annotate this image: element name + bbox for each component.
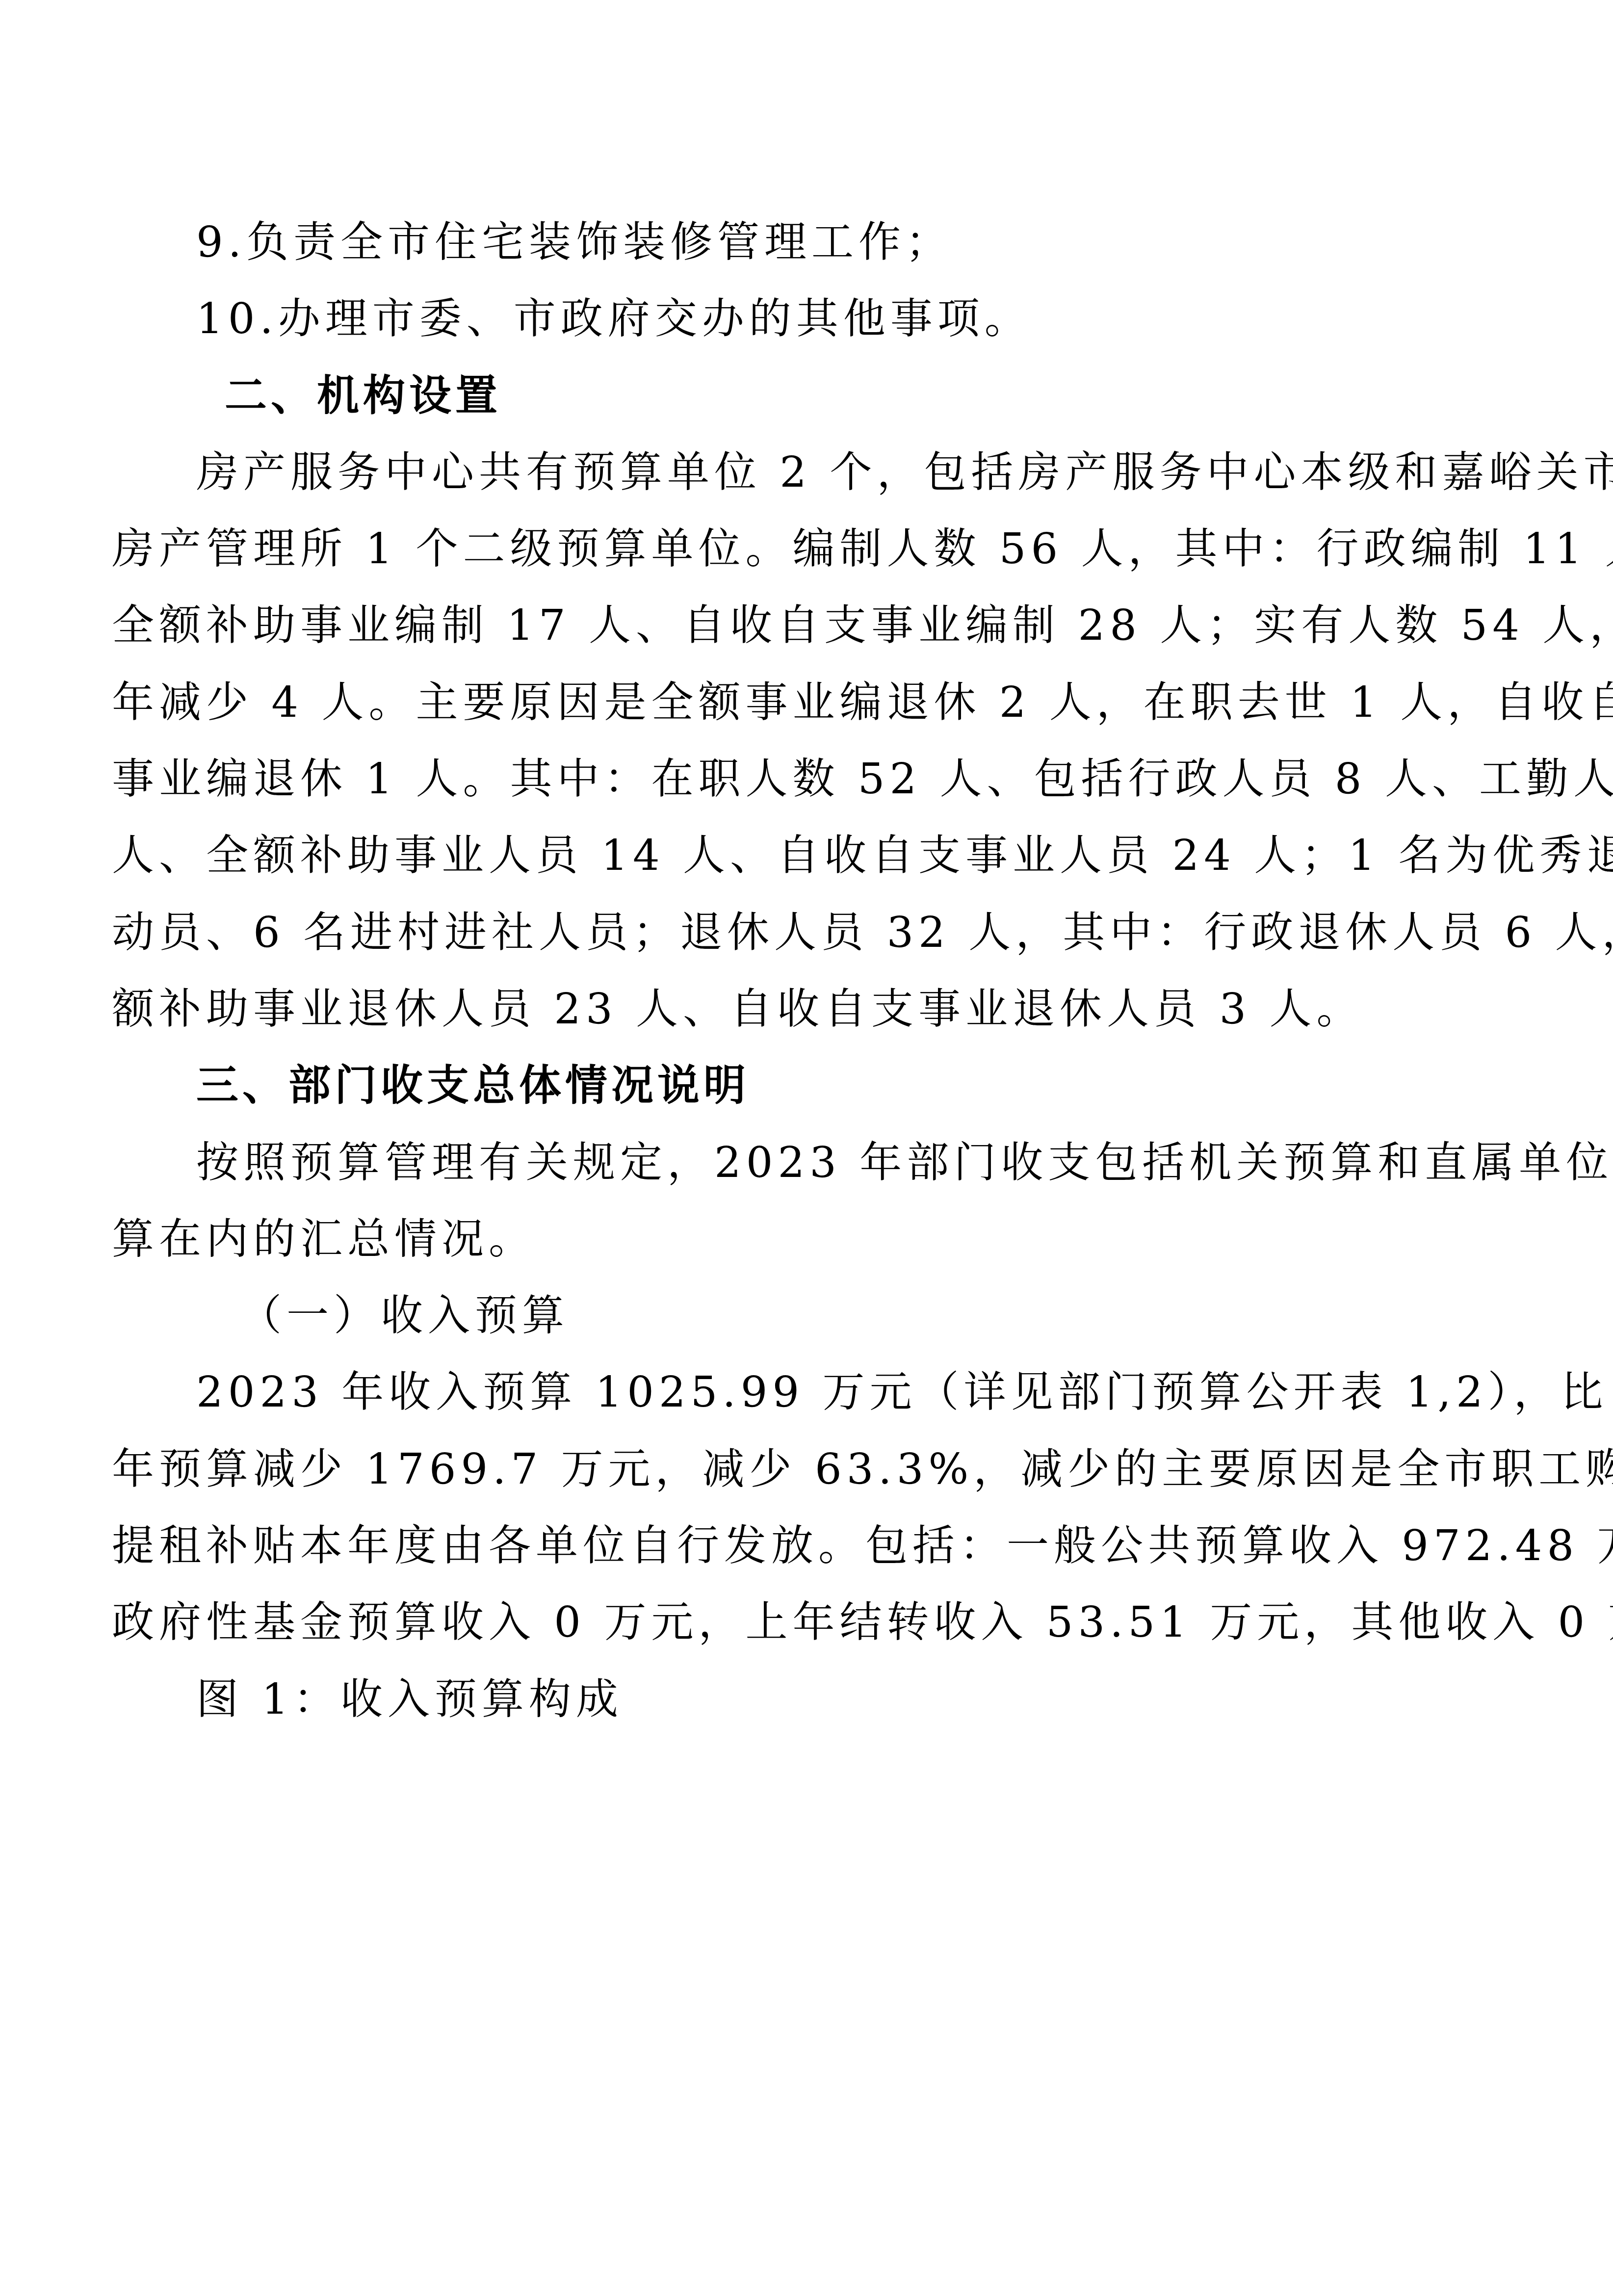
list-item-10: 10.办理市委、市政府交办的其他事项。: [112, 281, 1528, 357]
paragraph-line: 事业编退休 1 人。其中：在职人数 52 人、包括行政人员 8 人、工勤人员 1: [112, 741, 1528, 817]
paragraph-line: 2023 年收入预算 1025.99 万元（详见部门预算公开表 1,2），比 2…: [112, 1354, 1528, 1431]
paragraph-line: 动员、6 名进村进社人员；退休人员 32 人，其中：行政退休人员 6 人，全: [112, 894, 1528, 971]
subsection-heading-income-budget: （一）收入预算: [112, 1278, 1528, 1354]
paragraph-line: 年预算减少 1769.7 万元，减少 63.3%，减少的主要原因是全市职工购房、: [112, 1431, 1528, 1508]
paragraph-line: 全额补助事业编制 17 人、自收自支事业编制 28 人；实有人数 54 人，比上: [112, 587, 1528, 664]
document-body: 9.负责全市住宅装饰装修管理工作； 10.办理市委、市政府交办的其他事项。 二、…: [112, 204, 1528, 1738]
paragraph-line: 年减少 4 人。主要原因是全额事业编退休 2 人，在职去世 1 人，自收自支: [112, 664, 1528, 741]
list-item-9: 9.负责全市住宅装饰装修管理工作；: [112, 204, 1528, 281]
paragraph-line: 人、全额补助事业人员 14 人、自收自支事业人员 24 人；1 名为优秀退役运: [112, 817, 1528, 894]
paragraph-line: 额补助事业退休人员 23 人、自收自支事业退休人员 3 人。: [112, 971, 1528, 1047]
paragraph-line: 提租补贴本年度由各单位自行发放。包括：一般公共预算收入 972.48 万元，: [112, 1508, 1528, 1584]
paragraph-line: 算在内的汇总情况。: [112, 1201, 1528, 1278]
paragraph-line: 政府性基金预算收入 0 万元，上年结转收入 53.51 万元，其他收入 0 万元…: [112, 1584, 1528, 1661]
paragraph-line: 房产服务中心共有预算单位 2 个，包括房产服务中心本级和嘉峪关市: [112, 434, 1528, 511]
paragraph-line: 按照预算管理有关规定，2023 年部门收支包括机关预算和直属单位预: [112, 1124, 1528, 1201]
section-heading-organization: 二、机构设置: [112, 358, 1528, 434]
section-heading-budget-overview: 三、部门收支总体情况说明: [112, 1047, 1528, 1124]
paragraph-line: 房产管理所 1 个二级预算单位。编制人数 56 人，其中：行政编制 11 人，: [112, 511, 1528, 587]
figure-caption: 图 1：收入预算构成: [112, 1661, 1528, 1738]
document-page: 9.负责全市住宅装饰装修管理工作； 10.办理市委、市政府交办的其他事项。 二、…: [0, 0, 1613, 2296]
